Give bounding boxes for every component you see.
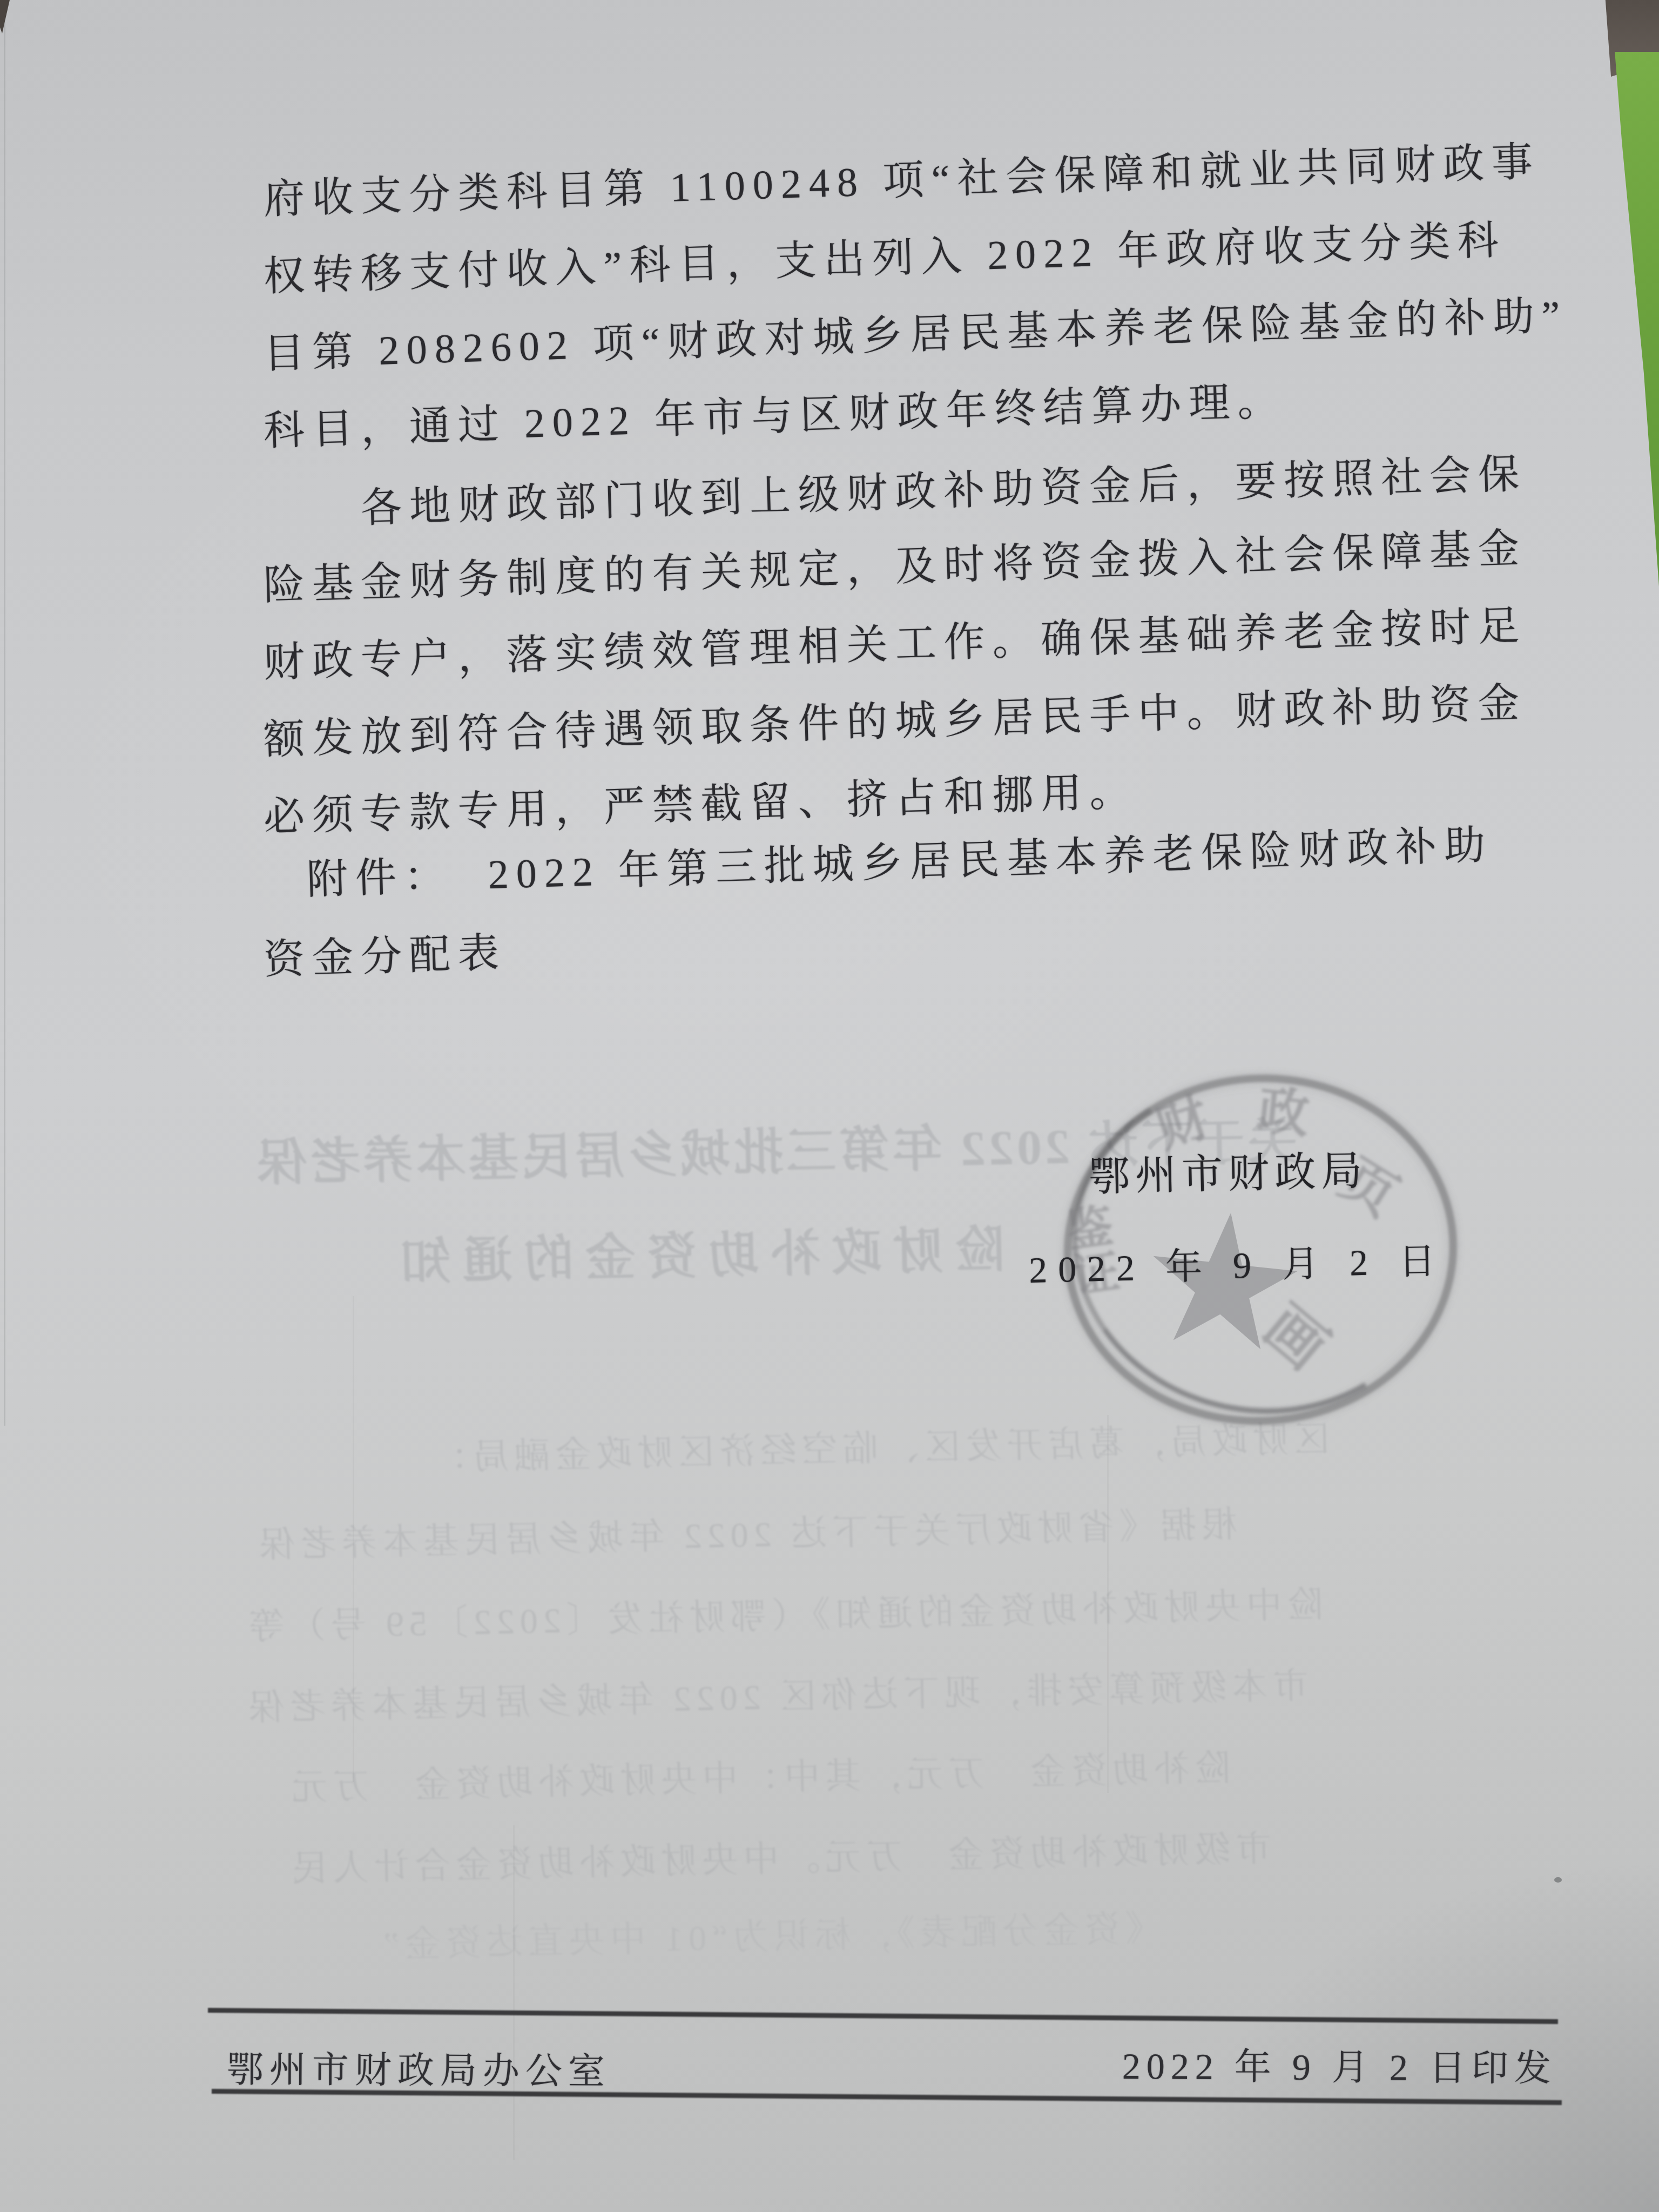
paper-edge-line — [4, 22, 5, 1426]
scan-streak — [353, 1296, 354, 1782]
green-folder-edge — [1611, 52, 1659, 586]
attachment-line: 附件： 2022 年第三批城乡居民基本养老保险财政补助 — [306, 824, 1493, 902]
ghost-title-line: 险财政补助资金的通知 — [388, 1210, 1006, 1294]
ghost-body-line: 市级财政补助资金 万元。中央财政补助资金合计人民 — [286, 1819, 1272, 1891]
footer-rule-top — [208, 2008, 1558, 2024]
body-line-4: 科目，通过 2022 年市与区财政年终结算办理。 — [263, 380, 1287, 453]
dust-speck — [1554, 1877, 1562, 1883]
body-line-6: 险基金财务制度的有关规定，及时将资金拨入社会保障基金 — [263, 527, 1527, 608]
seal-glyph: 政 — [1255, 1069, 1313, 1148]
ghost-body-line: 《资金分配表》，标识为“01 中央直达资金” — [377, 1899, 1162, 1967]
ghost-body-line: 市本级预算安排，现下达你区 2022 年城乡居民基本养老保 — [242, 1656, 1309, 1730]
issuer-name: 鄂州市财政局 — [1088, 1137, 1368, 1203]
body-line-9: 必须专款专用，严禁截留、挤占和挪用。 — [263, 770, 1139, 839]
ghost-body-line: 区财政局，葛店开发区、临空经济区财政金融局： — [426, 1410, 1330, 1480]
body-line-7: 财政专户，落实绩效管理相关工作。确保基础养老金按时足 — [263, 604, 1527, 685]
body-line-3: 目第 2082602 项“财政对城乡居民基本养老保险基金的补助” — [263, 294, 1568, 376]
footer-office: 鄂州市财政局办公室 — [227, 2040, 611, 2095]
body-line-1: 府收支分类科目第 1100248 项“社会保障和就业共同财政事 — [263, 140, 1541, 221]
ghost-body-line: 险中央财政补助资金的通知》（鄂财社发〔2022〕59 号）等 — [242, 1575, 1323, 1649]
issue-date: 2022 年 9 月 2 日 — [1028, 1231, 1447, 1293]
scanned-document-page: 关于下达 2022 年第三批城乡居民基本养老保 险财政补助资金的通知 区财政局，… — [0, 0, 1659, 2212]
ghost-body-line: 根据《省财政厅关于下达 2022 年城乡居民基本养老保 — [253, 1495, 1238, 1567]
ghost-body-line: 险补助资金 万元，其中：中央财政补助资金 万元 — [286, 1739, 1231, 1810]
attachment-line-2: 资金分配表 — [263, 932, 507, 982]
footer-rule-bottom — [212, 2089, 1562, 2105]
footer-print-date: 2022 年 9 月 2 日印发 — [1122, 2037, 1557, 2092]
body-line-2: 权转移支付收入”科目，支出列入 2022 年政府收支分类科 — [263, 219, 1507, 299]
scan-streak — [1107, 1415, 1109, 1793]
scan-streak — [513, 1825, 515, 2160]
body-line-8: 额发放到符合待遇领取条件的城乡居民手中。财政补助资金 — [263, 682, 1527, 762]
body-line-5: 各地财政部门收到上级财政补助资金后，要按照社会保 — [360, 453, 1527, 530]
